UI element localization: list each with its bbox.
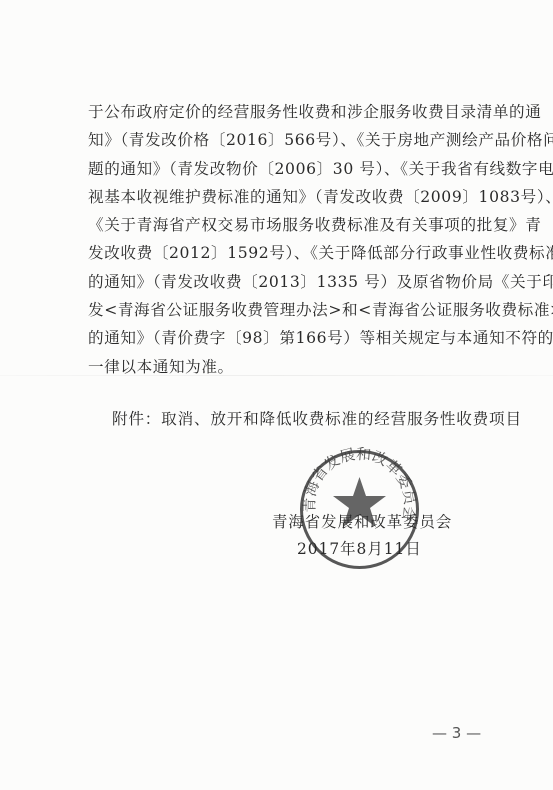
page-number: — 3 — <box>432 724 481 742</box>
body-line: 视基本收视维护费标准的通知》（青发改收费〔2009〕1083号）、 <box>88 183 488 211</box>
body-line: 发<青海省公证服务收费管理办法>和<青海省公证服务收费标准> <box>88 296 488 324</box>
document-page: 于公布政府定价的经营服务性收费和涉企服务收费目录清单的通 知》（青发改价格〔20… <box>0 0 553 790</box>
body-line: 题的通知》（青发改物价〔2006〕30 号）、《关于我省有线数字电 <box>88 155 488 183</box>
body-line: 一律以本通知为准。 <box>88 353 488 381</box>
body-line: 的通知》（青价费字〔98〕第166号）等相关规定与本通知不符的， <box>88 324 488 352</box>
signer-name: 青海省发展和改革委员会 <box>272 510 452 532</box>
body-paragraph: 于公布政府定价的经营服务性收费和涉企服务收费目录清单的通 知》（青发改价格〔20… <box>88 98 488 381</box>
attachment-note: 附件：取消、放开和降低收费标准的经营服务性收费项目 <box>112 407 522 429</box>
body-line: 的通知》（青发改收费〔2013〕1335 号）及原省物价局《关于印 <box>88 268 488 296</box>
body-line: 《关于青海省产权交易市场服务收费标准及有关事项的批复》青 <box>88 211 488 239</box>
body-line: 于公布政府定价的经营服务性收费和涉企服务收费目录清单的通 <box>88 98 488 126</box>
body-line: 知》（青发改价格〔2016〕566号）、《关于房地产测绘产品价格问 <box>88 126 488 154</box>
body-line: 发改收费〔2012〕1592号）、《关于降低部分行政事业性收费标准 <box>88 239 488 267</box>
signing-date: 2017年8月11日 <box>297 537 422 559</box>
